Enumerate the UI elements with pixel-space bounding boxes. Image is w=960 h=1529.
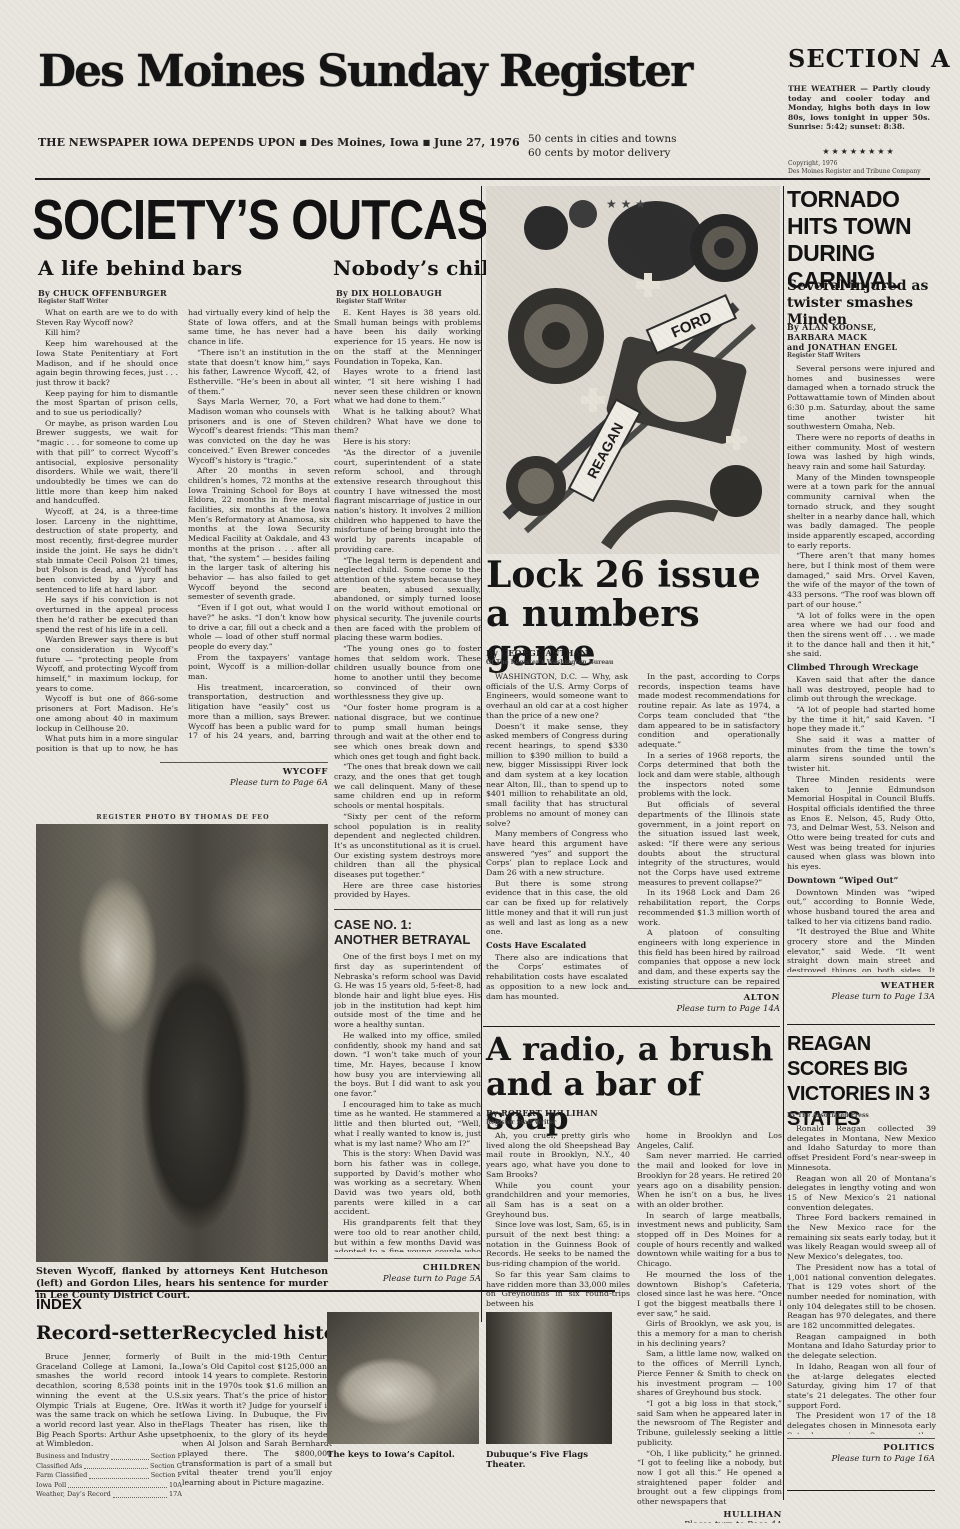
subhead: CASE NO. 1: (334, 909, 481, 932)
paragraph: Or maybe, as prison warden Lou Brewer su… (36, 419, 178, 506)
tagline-text: THE NEWSPAPER IOWA DEPENDS UPON (38, 136, 295, 149)
paragraph: The President now has a total of 1,001 n… (787, 1263, 936, 1331)
children-article-text: E. Kent Hayes is 38 years old. Small hum… (334, 308, 481, 1252)
paragraph: “Oh, I like publicity,” he grinned. “I g… (637, 1449, 782, 1507)
paragraph: Many of the Minden townspeople were at a… (787, 473, 935, 551)
paragraph: Sam never married. He carried the mail a… (637, 1151, 782, 1209)
radio-headline-line1: A radio, a brush (486, 1032, 786, 1067)
paragraph: Downtown Minden was “wiped out,” accordi… (787, 888, 935, 927)
index-row: Classified AdsSection G (36, 1462, 182, 1472)
jump-line: Please turn to Page 16A (787, 1454, 935, 1464)
recycled-history-text: Built in the mid-19th Century, Iowa’s Ol… (182, 1352, 332, 1502)
paragraph: Three Minden residents were taken to Jen… (787, 775, 935, 872)
paragraph: In Idaho, Reagan won all four of the at-… (787, 1362, 936, 1411)
courtroom-photo (36, 824, 328, 1262)
lock-byline-role: Of The Register’s Washington Bureau (486, 659, 613, 667)
paragraph: Reagan campaigned in both Montana and Id… (787, 1332, 936, 1361)
jump-line: Please turn to Page 6A (160, 778, 328, 788)
paragraph: “There aren’t that many homes here, but … (787, 551, 935, 609)
copyright-notice: Copyright, 1976 Des Moines Register and … (788, 160, 933, 175)
jump-line: Please turn to Page 14A (627, 1004, 780, 1014)
capitol-keys-photo (327, 1312, 479, 1444)
paragraph: In search of large meatballs, investment… (637, 1211, 782, 1269)
column-rule (783, 186, 784, 1500)
square-bullet-icon: ■ (299, 137, 307, 147)
copyright-line2: Des Moines Register and Tribune Company (788, 168, 933, 176)
index-row: Farm ClassifiedSection F (36, 1471, 182, 1481)
paragraph: While you count your grandchildren and y… (486, 1181, 630, 1220)
paragraph: Three Ford backers remained in the New M… (787, 1213, 936, 1262)
paragraph: She said it was a matter of minutes from… (787, 735, 935, 774)
stars-divider: ★★★★★★★★ (788, 147, 930, 156)
radio-article-col2: home in Brooklyn and Los Angeles, Calif.… (637, 1131, 782, 1523)
paragraph: “Our foster home program is a national d… (334, 703, 481, 761)
price-city: 50 cents in cities and towns (528, 132, 718, 146)
paragraph: Girls of Brooklyn, we ask you, is this a… (637, 1319, 782, 1348)
weather-box: THE WEATHER — Partly cloudy today and co… (788, 84, 930, 132)
paragraph: Bruce Jenner, formerly of Graceland Coll… (36, 1352, 182, 1448)
subhead: ANOTHER BETRAYAL (334, 932, 481, 947)
paragraph: He walked into my office, smiled confide… (334, 1031, 481, 1099)
paragraph: Kill him? (36, 328, 178, 338)
children-byline: By DIX HOLLOBAUGH (336, 288, 442, 298)
paragraph: Hayes wrote to a friend last winter, “I … (334, 367, 481, 406)
reagan-byline: By The Associated Press (787, 1112, 869, 1120)
jump-slug: WEATHER (787, 981, 935, 991)
paragraph: Ah, you cruel, pretty girls who lived al… (486, 1131, 630, 1180)
record-setter-text: Bruce Jenner, formerly of Graceland Coll… (36, 1352, 182, 1448)
paragraph: Kaven said that after the dance hall was… (787, 675, 935, 704)
subhead: Downtown “Wiped Out” (787, 876, 935, 886)
paragraph: There were no reports of deaths in eithe… (787, 433, 935, 472)
jump-slug: ALTON (627, 993, 780, 1003)
paragraph: What on earth are we to do with Steven R… (36, 308, 178, 327)
paragraph: Warden Brewer says there is but one cons… (36, 635, 178, 693)
jump-line: Please turn to Page 5A (334, 1274, 481, 1284)
paragraph: Reagan won all 20 of Montana’s delegates… (787, 1174, 936, 1213)
subhead: Costs Have Escalated (486, 941, 628, 951)
paragraph: Keep paying for him to dismantle the mos… (36, 389, 178, 418)
record-setter-title: Record-setter (36, 1322, 182, 1344)
paragraph: “The young ones go to foster homes that … (334, 644, 481, 702)
index-row: Iowa Poll10A (36, 1481, 182, 1491)
paragraph: There also are indications that the Corp… (486, 953, 628, 1002)
jump-slug: CHILDREN (334, 1263, 481, 1273)
paragraph: home in Brooklyn and Los Angeles, Calif. (637, 1131, 782, 1150)
five-flags-theater-caption: Dubuque’s Five Flags Theater. (486, 1450, 626, 1470)
jump-slug: WYCOFF (160, 767, 328, 777)
section-divider-rule (787, 1024, 935, 1025)
paragraph: Keep him warehoused at the Iowa State Pe… (36, 339, 178, 388)
paragraph: The President won 17 of the 18 delegates… (787, 1411, 936, 1434)
tornado-byline: By ALAN KOONSE, BARBARA MACK and JONATHA… (787, 322, 935, 360)
end-rule (787, 1490, 935, 1491)
bars-article-text: What on earth are we to do with Steven R… (36, 308, 330, 756)
paragraph: “It destroyed the Blue and White grocery… (787, 927, 935, 972)
paragraph: So far this year Sam claims to have ridd… (486, 1270, 630, 1307)
bars-title: A life behind bars (38, 256, 242, 280)
jump-line: Please turn to Page 13A (787, 992, 935, 1002)
paragraph: Since love was lost, Sam, 65, is in purs… (486, 1220, 630, 1269)
newspaper-front-page: Des Moines Sunday Register THE NEWSPAPER… (0, 0, 960, 1529)
paragraph: His grandparents felt that they were too… (334, 1218, 481, 1252)
jump-slug: POLITICS (787, 1443, 935, 1453)
paragraph: Here is his story: (334, 437, 481, 447)
masthead-rule (35, 178, 930, 180)
capitol-keys-caption: The keys to Iowa’s Capitol. (327, 1450, 479, 1460)
paragraph: He says if his conviction is not overtur… (36, 595, 178, 634)
paragraph: Wycoff, at 24, is a three-time loser. La… (36, 507, 178, 594)
paragraph: E. Kent Hayes is 38 years old. Small hum… (334, 308, 481, 366)
subhead: Climbed Through Wreckage (787, 663, 935, 673)
lock-article-text: WASHINGTON, D.C. — Why, ask officials of… (486, 672, 780, 1020)
masthead-title: Des Moines Sunday Register (38, 46, 691, 97)
paragraph: I encouraged him to take as much time as… (334, 1100, 481, 1149)
paragraph: Wycoff is but one of 866-some prisoners … (36, 694, 178, 733)
paragraph: “The legal term is dependent and neglect… (334, 556, 481, 643)
paragraph: “A lot of people had started home by the… (787, 705, 935, 734)
paragraph: He mourned the loss of the downtown Bish… (637, 1270, 782, 1319)
paragraph: But there is some strong evidence that i… (486, 879, 628, 937)
price-lines: 50 cents in cities and towns 60 cents by… (528, 132, 718, 160)
jump-slug: HULLIHAN (637, 1511, 782, 1521)
bars-byline-role: Register Staff Writer (38, 298, 108, 306)
radio-byline-role: Register Staff Writer (486, 1119, 556, 1127)
index-row: Weather, Day’s Record17A (36, 1490, 182, 1500)
column-rule (481, 186, 482, 1322)
jump-line: Please turn to Page 4A (637, 1521, 782, 1523)
reagan-article-text: Ronald Reagan collected 39 delegates in … (787, 1124, 936, 1434)
paragraph: Built in the mid-19th Century, Iowa’s Ol… (182, 1352, 332, 1488)
paragraph: Several persons were injured and homes a… (787, 364, 935, 432)
paragraph: Ronald Reagan collected 39 delegates in … (787, 1124, 936, 1173)
square-bullet-icon: ■ (423, 137, 431, 147)
photo-credit: REGISTER PHOTO BY THOMAS DE FEO (58, 814, 308, 821)
children-byline-role: Register Staff Writer (336, 298, 406, 306)
paragraph: Says Marla Werner, 70, a Fort Madison wo… (188, 397, 330, 465)
index-rule (35, 1290, 615, 1292)
lock-byline: By GEORGE ANTHAN (486, 648, 588, 658)
paragraph: But officials of several departments of … (638, 800, 780, 887)
paragraph: Here are three case histories provided b… (334, 881, 481, 900)
paragraph: “The ones that break down we call crazy,… (334, 762, 481, 811)
tornado-article-text: Several persons were injured and homes a… (787, 364, 935, 972)
paragraph: “As the director of a juvenile court, su… (334, 448, 481, 555)
radio-byline: By ROBERT HULLIHAN (486, 1108, 598, 1118)
band-instruments-cartoon: ★ ★ ★ FORD REAGAN (486, 186, 780, 554)
lead-headline: SOCIETY’S OUTCASTS (32, 188, 547, 253)
paragraph: “A lot of folks were in the open area wh… (787, 611, 935, 660)
paragraph: “Even if I got out, what would I have?” … (188, 603, 330, 652)
index-listing: Business and IndustrySection FClassified… (36, 1452, 182, 1500)
paragraph: After 20 months in seven children’s home… (188, 466, 330, 602)
paragraph: This is the story: When David was born h… (334, 1149, 481, 1217)
section-divider-rule (483, 1026, 780, 1027)
masthead-date: June 27, 1976 (434, 136, 520, 149)
lock-jump: ALTON Please turn to Page 14A (627, 988, 780, 1014)
masthead-location: Des Moines, Iowa (311, 136, 419, 149)
bars-byline: By CHUCK OFFENBURGER (38, 288, 167, 298)
paragraph: In the past, according to Corps records,… (638, 672, 780, 750)
paragraph: What is he talking about? What children?… (334, 407, 481, 436)
price-delivery: 60 cents by motor delivery (528, 146, 718, 160)
tornado-byline-line2: BARBARA MACK (787, 332, 935, 342)
children-jump: CHILDREN Please turn to Page 5A (334, 1258, 481, 1284)
paragraph: In its 1968 Lock and Dam 26 rehabilitati… (638, 888, 780, 927)
paragraph: “Sixty per cent of the reform school pop… (334, 812, 481, 880)
tornado-jump: WEATHER Please turn to Page 13A (787, 976, 935, 1002)
lock-headline-line1: Lock 26 issue (486, 556, 786, 595)
paragraph: Doesn’t it make sense, they asked member… (486, 722, 628, 829)
paragraph: Many members of Congress who have heard … (486, 829, 628, 878)
star-decoration-icon: ★ ★ ★ (606, 197, 646, 211)
paragraph: From the taxpayers’ vantage point, Wycof… (188, 653, 330, 682)
paragraph: WASHINGTON, D.C. — Why, ask officials of… (486, 672, 628, 721)
tornado-byline-role: Register Staff Writers (787, 352, 935, 360)
tornado-byline-line3: and JONATHAN ENGEL (787, 342, 935, 352)
paragraph: “I got a big loss in that stock,” said S… (637, 1399, 782, 1448)
index-row: Business and IndustrySection F (36, 1452, 182, 1462)
paragraph: One of the first boys I met on my first … (334, 952, 481, 1030)
paragraph: Sam, a little lame now, walked on to the… (637, 1349, 782, 1398)
index-header: INDEX (36, 1296, 82, 1313)
paragraph: “There isn’t an institution in the state… (188, 348, 330, 397)
paragraph: In a series of 1968 reports, the Corps d… (638, 751, 780, 800)
bars-jump: WYCOFF Please turn to Page 6A (160, 762, 328, 788)
copyright-line1: Copyright, 1976 (788, 160, 933, 168)
tornado-byline-line1: By ALAN KOONSE, (787, 322, 935, 332)
section-label: SECTION A (788, 44, 951, 73)
reagan-jump: POLITICS Please turn to Page 16A (787, 1438, 935, 1464)
masthead-tagline: THE NEWSPAPER IOWA DEPENDS UPON ■ Des Mo… (38, 136, 518, 149)
five-flags-theater-photo (486, 1312, 612, 1444)
radio-article-col1: Ah, you cruel, pretty girls who lived al… (486, 1131, 630, 1307)
